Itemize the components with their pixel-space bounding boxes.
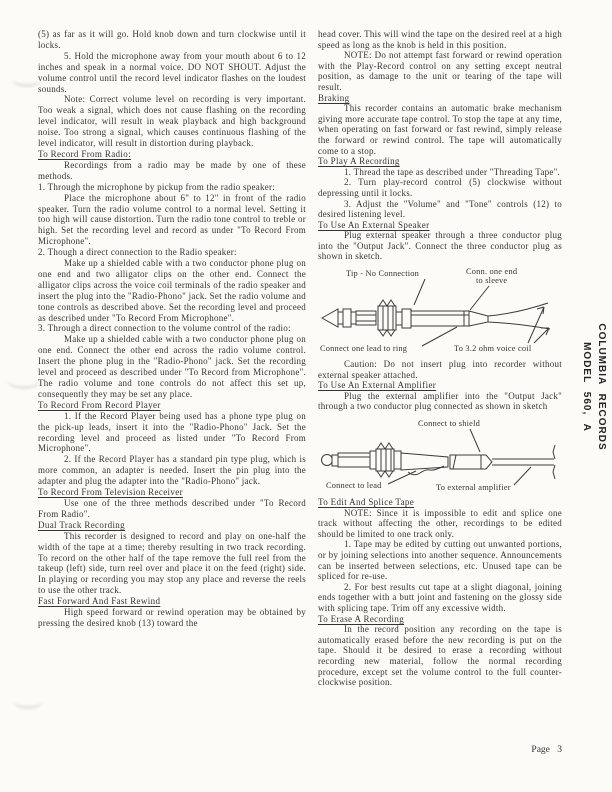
heading-external-amplifier: To Use An External Amplifier: [318, 380, 562, 391]
para-player-1: 1. If the Record Player being used has a…: [38, 411, 306, 455]
page-number: Page 3: [470, 745, 562, 755]
sidebar-title: COLUMBIA RECORDS MODEL 560, A: [579, 281, 609, 493]
para-player-2: 2. If the Record Player has a standard p…: [38, 454, 306, 487]
para-radio-method2-body: Make up a shielded cable with a two cond…: [38, 258, 306, 323]
label-conn-one-end: Conn. one end: [466, 267, 518, 276]
heading-external-speaker: To Use An External Speaker: [318, 220, 562, 231]
para-radio-intro: Recordings from a radio may be made by o…: [38, 160, 306, 182]
para-erase: In the record position any recording on …: [318, 624, 562, 688]
para-radio-method1-head: 1. Through the microphone by pickup from…: [38, 182, 306, 193]
para-knob-continuation: (5) as far as it will go. Hold knob down…: [38, 29, 306, 51]
label-to-external-amplifier: To external amplifier: [436, 483, 511, 492]
label-connect-to-shield: Connect to shield: [418, 419, 481, 428]
para-radio-method3-body: Make up a shielded cable with a two cond…: [38, 334, 306, 399]
heading-record-from-tv: To Record From Television Receiver: [38, 487, 306, 498]
two-conductor-plug-icon: Connect to shield: [318, 415, 562, 495]
manual-page: (5) as far as it will go. Hold knob down…: [0, 0, 612, 792]
para-volume-note: Note: Correct volume level on recording …: [38, 94, 306, 149]
heading-erase-recording: To Erase A Recording: [318, 614, 562, 625]
label-voice-coil: To 3.2 ohm voice coil: [454, 344, 532, 353]
para-play-1: 1. Thread the tape as described under "T…: [318, 167, 562, 178]
sidebar-title-line2: MODEL 560, A: [579, 281, 594, 493]
heading-edit-splice-tape: To Edit And Splice Tape: [318, 497, 562, 508]
para-fast-forward-note: NOTE: Do not attempt fast forward or rew…: [318, 50, 562, 92]
para-dual-track: This recorder is designed to record and …: [38, 531, 306, 596]
label-to-sleeve: to sleeve: [476, 276, 507, 285]
label-connect-to-lead: Connect to lead: [326, 481, 382, 490]
heading-play-recording: To Play A Recording: [318, 156, 562, 167]
heading-record-from-radio: To Record From Radio:: [38, 149, 306, 160]
para-external-amplifier: Plug the external amplifier into the "Ou…: [318, 391, 562, 412]
sidebar-title-line1: COLUMBIA RECORDS: [594, 281, 609, 493]
para-radio-method3-head: 3. Through a direct connection to the vo…: [38, 323, 306, 334]
para-braking: This recorder contains an automatic brak…: [318, 103, 562, 156]
para-headcover-continuation: head cover. This will wind the tape on t…: [318, 29, 562, 50]
heading-record-from-record-player: To Record From Record Player: [38, 400, 306, 411]
para-edit-1: 1. Tape may be edited by cutting out unw…: [318, 539, 562, 581]
para-radio-method2-head: 2. Though a direct connection to the Rad…: [38, 247, 306, 258]
para-play-3: 3. Adjust the "Volume" and "Tone" contro…: [318, 199, 562, 220]
para-play-2: 2. Turn play-record control (5) clockwis…: [318, 177, 562, 198]
left-column: (5) as far as it will go. Hold knob down…: [38, 29, 306, 629]
scan-smudge: [7, 372, 41, 389]
para-fast-forward: High speed forward or rewind operation m…: [38, 607, 306, 629]
para-tv: Use one of the three methods described u…: [38, 498, 306, 520]
heading-dual-track: Dual Track Recording: [38, 520, 306, 531]
heading-braking: Braking: [318, 93, 562, 104]
speaker-plug-diagram: Tip - No Connection Conn. one end to sle…: [318, 265, 562, 357]
para-radio-method1-body: Place the microphone about 6" to 12" in …: [38, 193, 306, 248]
scan-smudge: [13, 692, 43, 709]
para-external-speaker: Plug external speaker through a three co…: [318, 230, 562, 262]
para-caution: Caution: Do not insert plug into recorde…: [318, 359, 562, 380]
label-tip-no-connection: Tip - No Connection: [346, 269, 420, 278]
heading-fast-forward-rewind: Fast Forward And Fast Rewind: [38, 596, 306, 607]
right-column: head cover. This will wind the tape on t…: [318, 29, 562, 688]
amplifier-plug-diagram: Connect to shield: [318, 415, 562, 495]
label-connect-lead-to-ring: Connect one lead to ring: [320, 344, 408, 353]
para-edit-note: NOTE: Since it is impossible to edit and…: [318, 508, 562, 540]
three-conductor-plug-icon: Tip - No Connection Conn. one end to sle…: [318, 265, 562, 357]
para-step5: 5. Hold the microphone away from your mo…: [38, 51, 306, 95]
para-edit-2: 2. For best results cut tape at a slight…: [318, 582, 562, 614]
